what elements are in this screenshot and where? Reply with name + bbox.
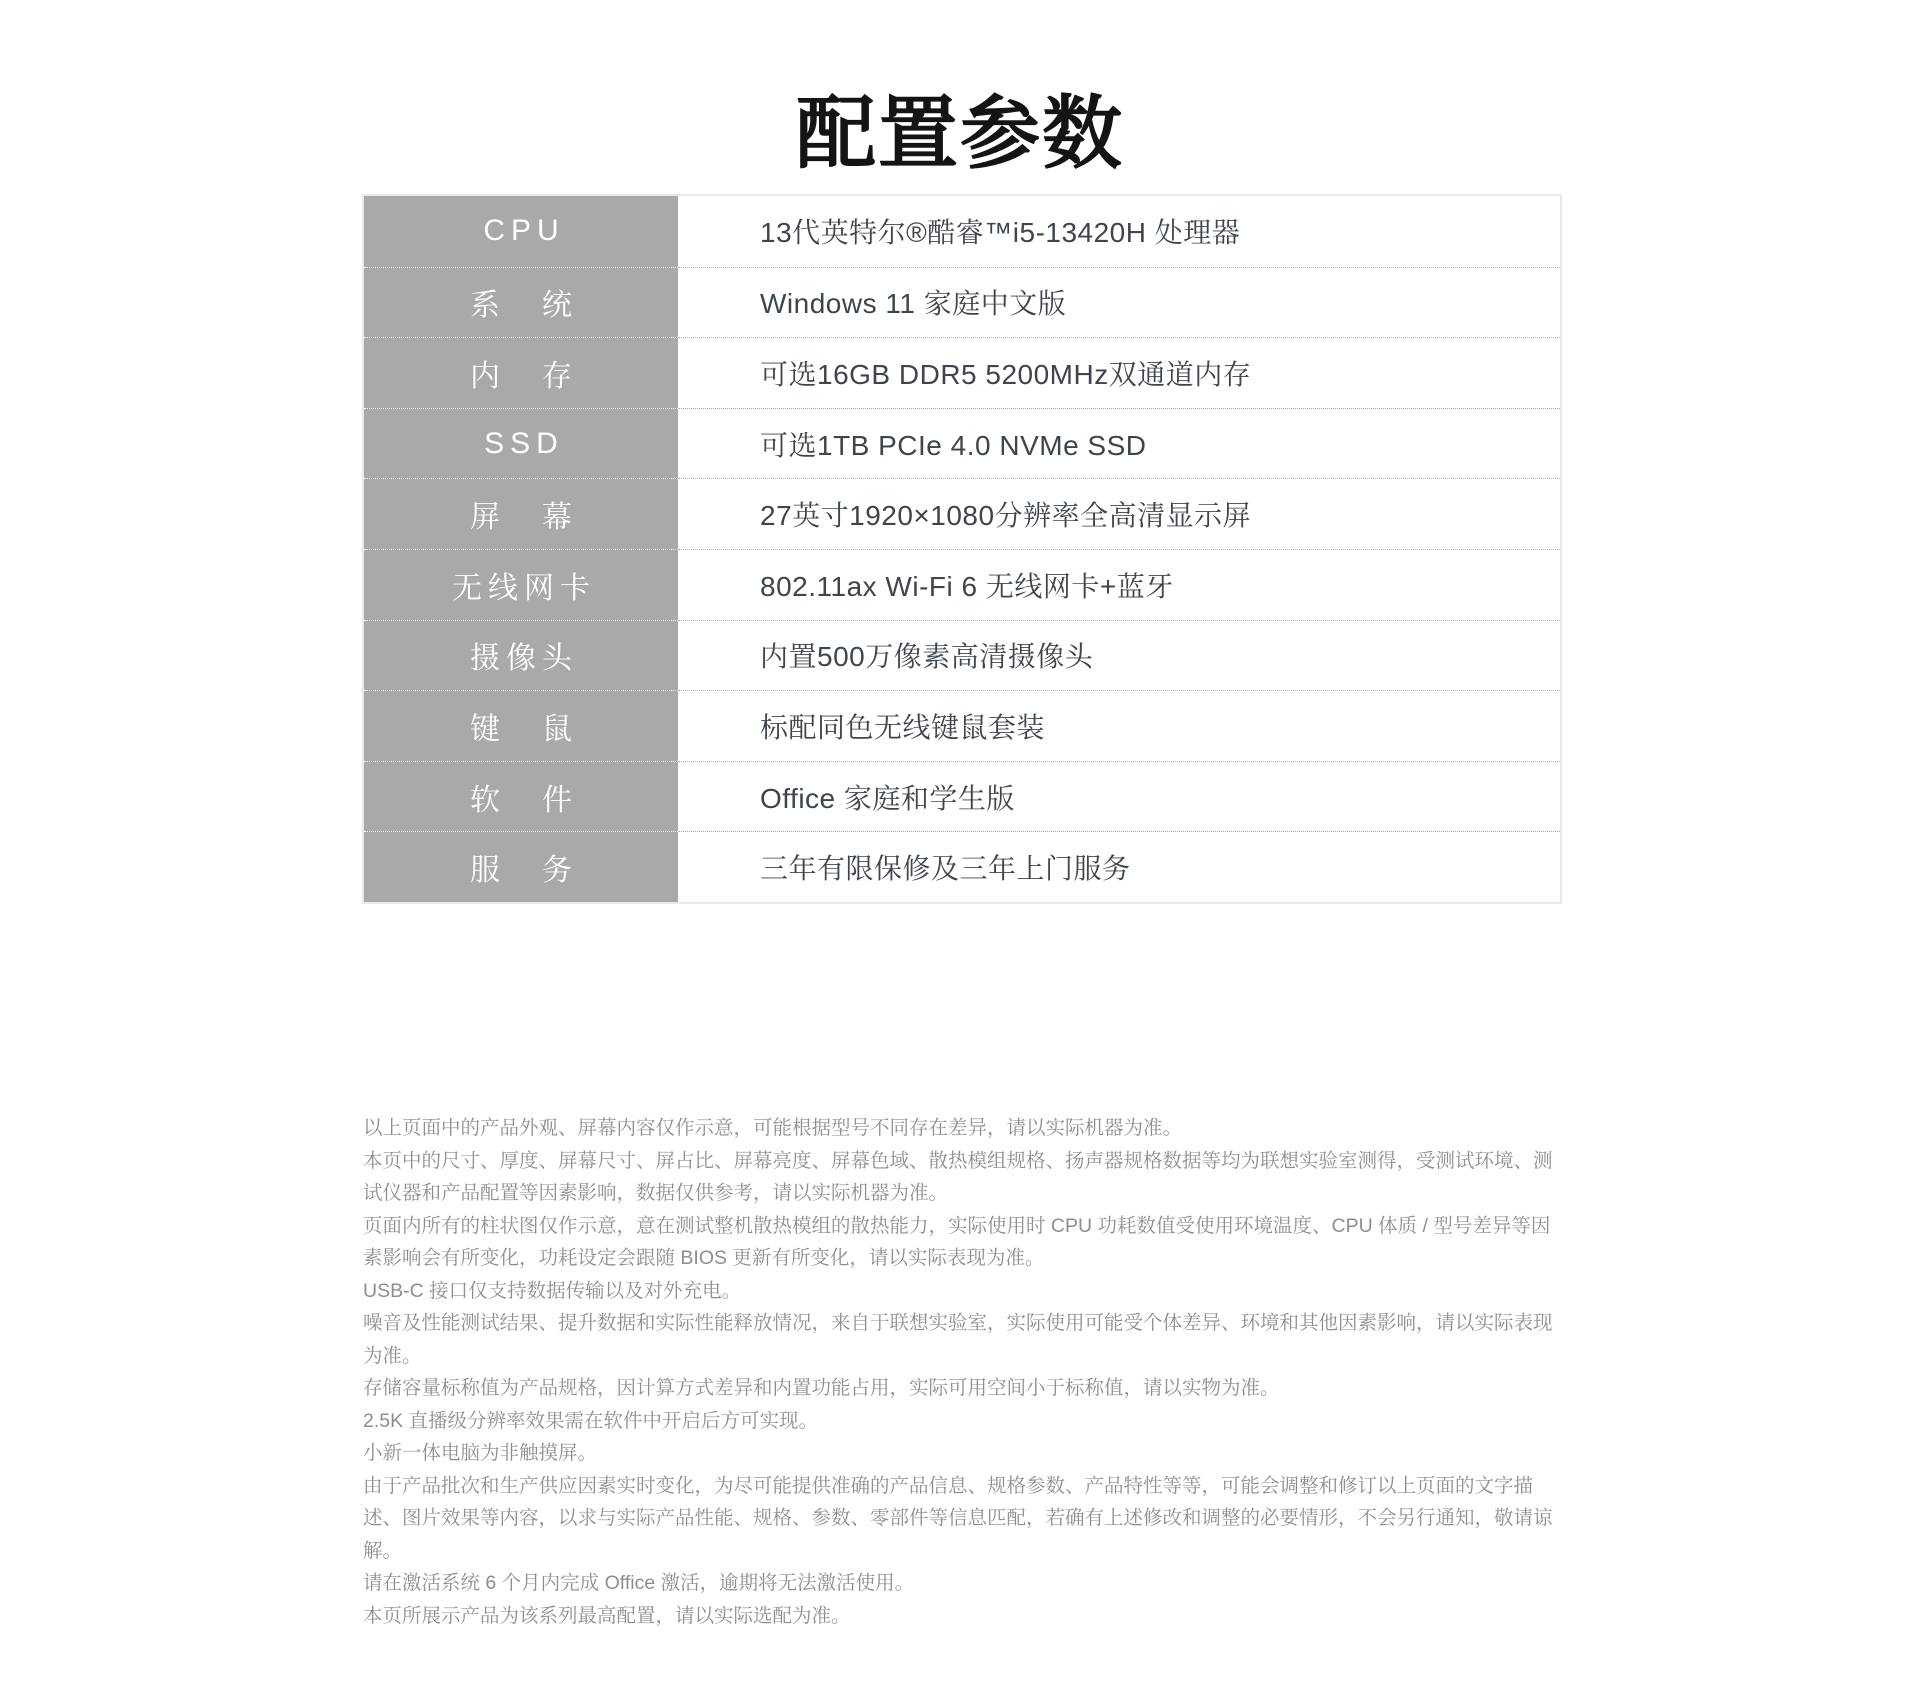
spec-label-memory: 内 存 bbox=[364, 337, 678, 408]
table-row-cpu: CPU 13代英特尔®酷睿™i5-13420H 处理器 bbox=[364, 196, 1560, 267]
spec-value-wireless: 802.11ax Wi-Fi 6 无线网卡+蓝牙 bbox=[678, 549, 1560, 620]
table-row-keyboard-mouse: 键 鼠 标配同色无线键鼠套装 bbox=[364, 690, 1560, 761]
spec-value-memory: 可选16GB DDR5 5200MHz双通道内存 bbox=[678, 337, 1560, 408]
disclaimer-line: USB-C 接口仅支持数据传输以及对外充电。 bbox=[363, 1275, 1569, 1308]
spec-label-keyboard-mouse: 键 鼠 bbox=[364, 690, 678, 761]
disclaimer-line: 以上页面中的产品外观、屏幕内容仅作示意，可能根据型号不同存在差异，请以实际机器为… bbox=[363, 1112, 1569, 1145]
spec-label-camera: 摄像头 bbox=[364, 620, 678, 691]
spec-value-software: Office 家庭和学生版 bbox=[678, 761, 1560, 832]
spec-value-keyboard-mouse: 标配同色无线键鼠套装 bbox=[678, 690, 1560, 761]
disclaimer-line: 小新一体电脑为非触摸屏。 bbox=[363, 1437, 1569, 1470]
disclaimer-line: 存储容量标称值为产品规格，因计算方式差异和内置功能占用，实际可用空间小于标称值，… bbox=[363, 1372, 1569, 1405]
table-row-service: 服 务 三年有限保修及三年上门服务 bbox=[364, 831, 1560, 902]
table-row-software: 软 件 Office 家庭和学生版 bbox=[364, 761, 1560, 832]
spec-value-screen: 27英寸1920×1080分辨率全高清显示屏 bbox=[678, 478, 1560, 549]
spec-value-camera: 内置500万像素高清摄像头 bbox=[678, 620, 1560, 691]
spec-value-os: Windows 11 家庭中文版 bbox=[678, 267, 1560, 338]
spec-label-screen: 屏 幕 bbox=[364, 478, 678, 549]
disclaimer-line: 页面内所有的柱状图仅作示意，意在测试整机散热模组的散热能力，实际使用时 CPU … bbox=[363, 1210, 1569, 1275]
spec-value-cpu: 13代英特尔®酷睿™i5-13420H 处理器 bbox=[678, 196, 1560, 267]
disclaimer-line: 本页所展示产品为该系列最高配置，请以实际选配为准。 bbox=[363, 1600, 1569, 1633]
spec-label-service: 服 务 bbox=[364, 831, 678, 902]
table-row-ssd: SSD 可选1TB PCIe 4.0 NVMe SSD bbox=[364, 408, 1560, 479]
table-row-os: 系 统 Windows 11 家庭中文版 bbox=[364, 267, 1560, 338]
disclaimer-line: 噪音及性能测试结果、提升数据和实际性能释放情况，来自于联想实验室，实际使用可能受… bbox=[363, 1307, 1569, 1372]
table-row-camera: 摄像头 内置500万像素高清摄像头 bbox=[364, 620, 1560, 691]
spec-value-service: 三年有限保修及三年上门服务 bbox=[678, 831, 1560, 902]
spec-label-cpu: CPU bbox=[364, 196, 678, 267]
disclaimer-text-block: 以上页面中的产品外观、屏幕内容仅作示意，可能根据型号不同存在差异，请以实际机器为… bbox=[363, 1112, 1569, 1632]
spec-label-os: 系 统 bbox=[364, 267, 678, 338]
spec-sheet-page: 配置参数 CPU 13代英特尔®酷睿™i5-13420H 处理器 系 统 Win… bbox=[0, 0, 1920, 1690]
spec-label-ssd: SSD bbox=[364, 408, 678, 479]
spec-value-ssd: 可选1TB PCIe 4.0 NVMe SSD bbox=[678, 408, 1560, 479]
table-row-wireless: 无线网卡 802.11ax Wi-Fi 6 无线网卡+蓝牙 bbox=[364, 549, 1560, 620]
spec-label-software: 软 件 bbox=[364, 761, 678, 832]
disclaimer-line: 请在激活系统 6 个月内完成 Office 激活，逾期将无法激活使用。 bbox=[363, 1567, 1569, 1600]
spec-table: CPU 13代英特尔®酷睿™i5-13420H 处理器 系 统 Windows … bbox=[362, 194, 1562, 904]
table-row-screen: 屏 幕 27英寸1920×1080分辨率全高清显示屏 bbox=[364, 478, 1560, 549]
disclaimer-line: 2.5K 直播级分辨率效果需在软件中开启后方可实现。 bbox=[363, 1405, 1569, 1438]
table-row-memory: 内 存 可选16GB DDR5 5200MHz双通道内存 bbox=[364, 337, 1560, 408]
disclaimer-line: 由于产品批次和生产供应因素实时变化，为尽可能提供准确的产品信息、规格参数、产品特… bbox=[363, 1470, 1569, 1568]
disclaimer-line: 本页中的尺寸、厚度、屏幕尺寸、屏占比、屏幕亮度、屏幕色域、散热模组规格、扬声器规… bbox=[363, 1145, 1569, 1210]
spec-label-wireless: 无线网卡 bbox=[364, 549, 678, 620]
page-title: 配置参数 bbox=[0, 88, 1920, 180]
